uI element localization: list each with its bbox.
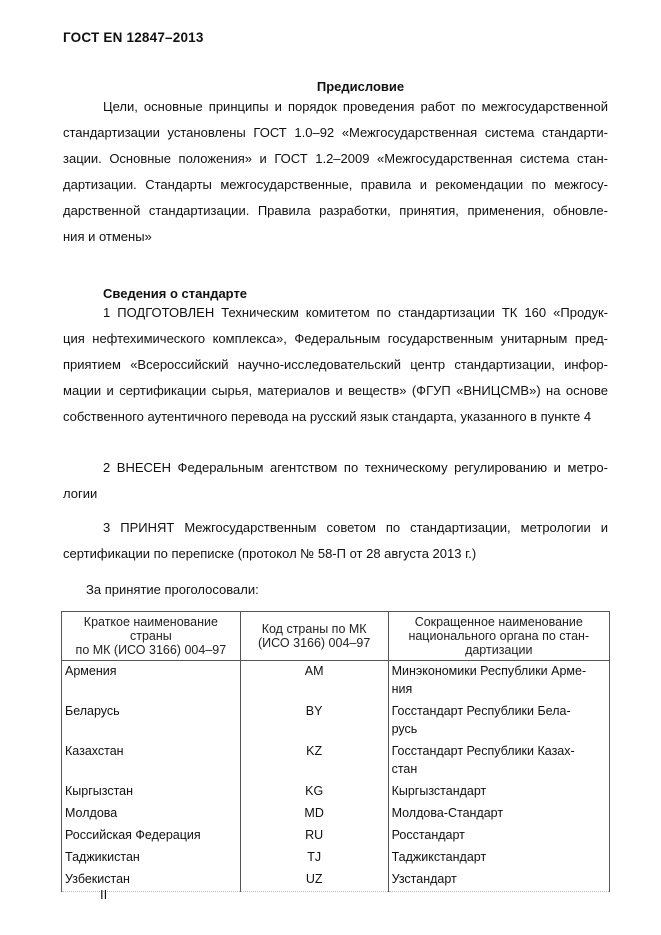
country-code-cell: AM (240, 661, 388, 702)
country-code-cell: BY (240, 701, 388, 741)
item-1-line: ция нефтехимического комплекса», Федерал… (63, 326, 608, 352)
header-country-name: Краткое наименование страны по МК (ИСО 3… (62, 612, 241, 661)
country-code-cell: KG (240, 781, 388, 803)
national-body-line: ния (392, 680, 606, 698)
country-name-cell: Узбекистан (62, 869, 241, 892)
country-code-cell: TJ (240, 847, 388, 869)
country-name-cell: Беларусь (62, 701, 241, 741)
table-header-row: Краткое наименование страны по МК (ИСО 3… (62, 612, 610, 661)
item-3-line: 3 ПРИНЯТ Межгосударственным советом по с… (63, 515, 608, 541)
country-code-cell: MD (240, 803, 388, 825)
table-row: КазахстанKZГосстандарт Республики Казах-… (62, 741, 610, 781)
standard-info-title: Сведения о стандарте (103, 286, 247, 301)
national-body-cell: Молдова-Стандарт (388, 803, 609, 825)
country-code-cell: UZ (240, 869, 388, 892)
item-2-line: логии (63, 481, 608, 507)
table-row: ТаджикистанTJТаджикстандарт (62, 847, 610, 869)
national-body-line: Молдова-Стандарт (392, 804, 606, 822)
foreword-line: ния и отмены» (63, 224, 608, 250)
table-row: КыргызстанKGКыргызстандарт (62, 781, 610, 803)
item-1-line: 1 ПОДГОТОВЛЕН Техническим комитетом по с… (63, 300, 608, 326)
national-body-line: Госстандарт Республики Казах- (392, 742, 606, 760)
national-body-line: Росстандарт (392, 826, 606, 844)
national-body-cell: Узстандарт (388, 869, 609, 892)
member-states-table: Краткое наименование страны по МК (ИСО 3… (61, 611, 610, 892)
table-row: МолдоваMDМолдова-Стандарт (62, 803, 610, 825)
table-row: УзбекистанUZУзстандарт (62, 869, 610, 892)
country-name-cell: Армения (62, 661, 241, 702)
item-1-line: приятием «Всероссийский научно-исследова… (63, 352, 608, 378)
foreword-paragraph: Цели, основные принципы и порядок провед… (63, 94, 608, 250)
item-3-paragraph: 3 ПРИНЯТ Межгосударственным советом по с… (63, 515, 608, 567)
table-row: АрменияAMМинэкономики Республики Арме-ни… (62, 661, 610, 702)
national-body-line: Кыргызстандарт (392, 782, 606, 800)
page-number: II (100, 887, 107, 902)
header-national-body: Сокращенное наименование национального о… (388, 612, 609, 661)
national-body-line: Госстандарт Республики Бела- (392, 702, 606, 720)
voted-label: За принятие проголосовали: (86, 582, 259, 597)
country-name-cell: Молдова (62, 803, 241, 825)
item-3-line: сертификации по переписке (протокол № 58… (63, 541, 608, 567)
national-body-cell: Госстандарт Республики Бела-русь (388, 701, 609, 741)
country-name-cell: Казахстан (62, 741, 241, 781)
national-body-cell: Минэкономики Республики Арме-ния (388, 661, 609, 702)
national-body-cell: Росстандарт (388, 825, 609, 847)
header-country-code: Код страны по МК (ИСО 3166) 004–97 (240, 612, 388, 661)
item-2-line: 2 ВНЕСЕН Федеральным агентством по техни… (63, 455, 608, 481)
foreword-line: Цели, основные принципы и порядок провед… (63, 94, 608, 120)
national-body-line: русь (392, 720, 606, 738)
country-name-cell: Кыргызстан (62, 781, 241, 803)
item-1-line: мации и сертификации сырья, материалов и… (63, 378, 608, 404)
foreword-line: дарственной стандартизации. Правила разр… (63, 198, 608, 224)
country-name-cell: Российская Федерация (62, 825, 241, 847)
country-code-cell: RU (240, 825, 388, 847)
national-body-cell: Кыргызстандарт (388, 781, 609, 803)
item-2-paragraph: 2 ВНЕСЕН Федеральным агентством по техни… (63, 455, 608, 507)
item-1-paragraph: 1 ПОДГОТОВЛЕН Техническим комитетом по с… (63, 300, 608, 430)
country-code-cell: KZ (240, 741, 388, 781)
table-row: Российская ФедерацияRUРосстандарт (62, 825, 610, 847)
foreword-title: Предисловие (0, 79, 661, 94)
national-body-line: Минэкономики Республики Арме- (392, 662, 606, 680)
national-body-line: стан (392, 760, 606, 778)
foreword-line: зации. Основные положения» и ГОСТ 1.2–20… (63, 146, 608, 172)
national-body-line: Таджикстандарт (392, 848, 606, 866)
national-body-line: Узстандарт (392, 870, 606, 888)
item-1-line: собственного аутентичного перевода на ру… (63, 404, 608, 430)
national-body-cell: Госстандарт Республики Казах-стан (388, 741, 609, 781)
country-name-cell: Таджикистан (62, 847, 241, 869)
foreword-line: дартизации. Стандарты межгосударственные… (63, 172, 608, 198)
national-body-cell: Таджикстандарт (388, 847, 609, 869)
document-code-header: ГОСТ EN 12847–2013 (63, 30, 204, 45)
table-row: БеларусьBYГосстандарт Республики Бела-ру… (62, 701, 610, 741)
foreword-line: стандартизации установлены ГОСТ 1.0–92 «… (63, 120, 608, 146)
